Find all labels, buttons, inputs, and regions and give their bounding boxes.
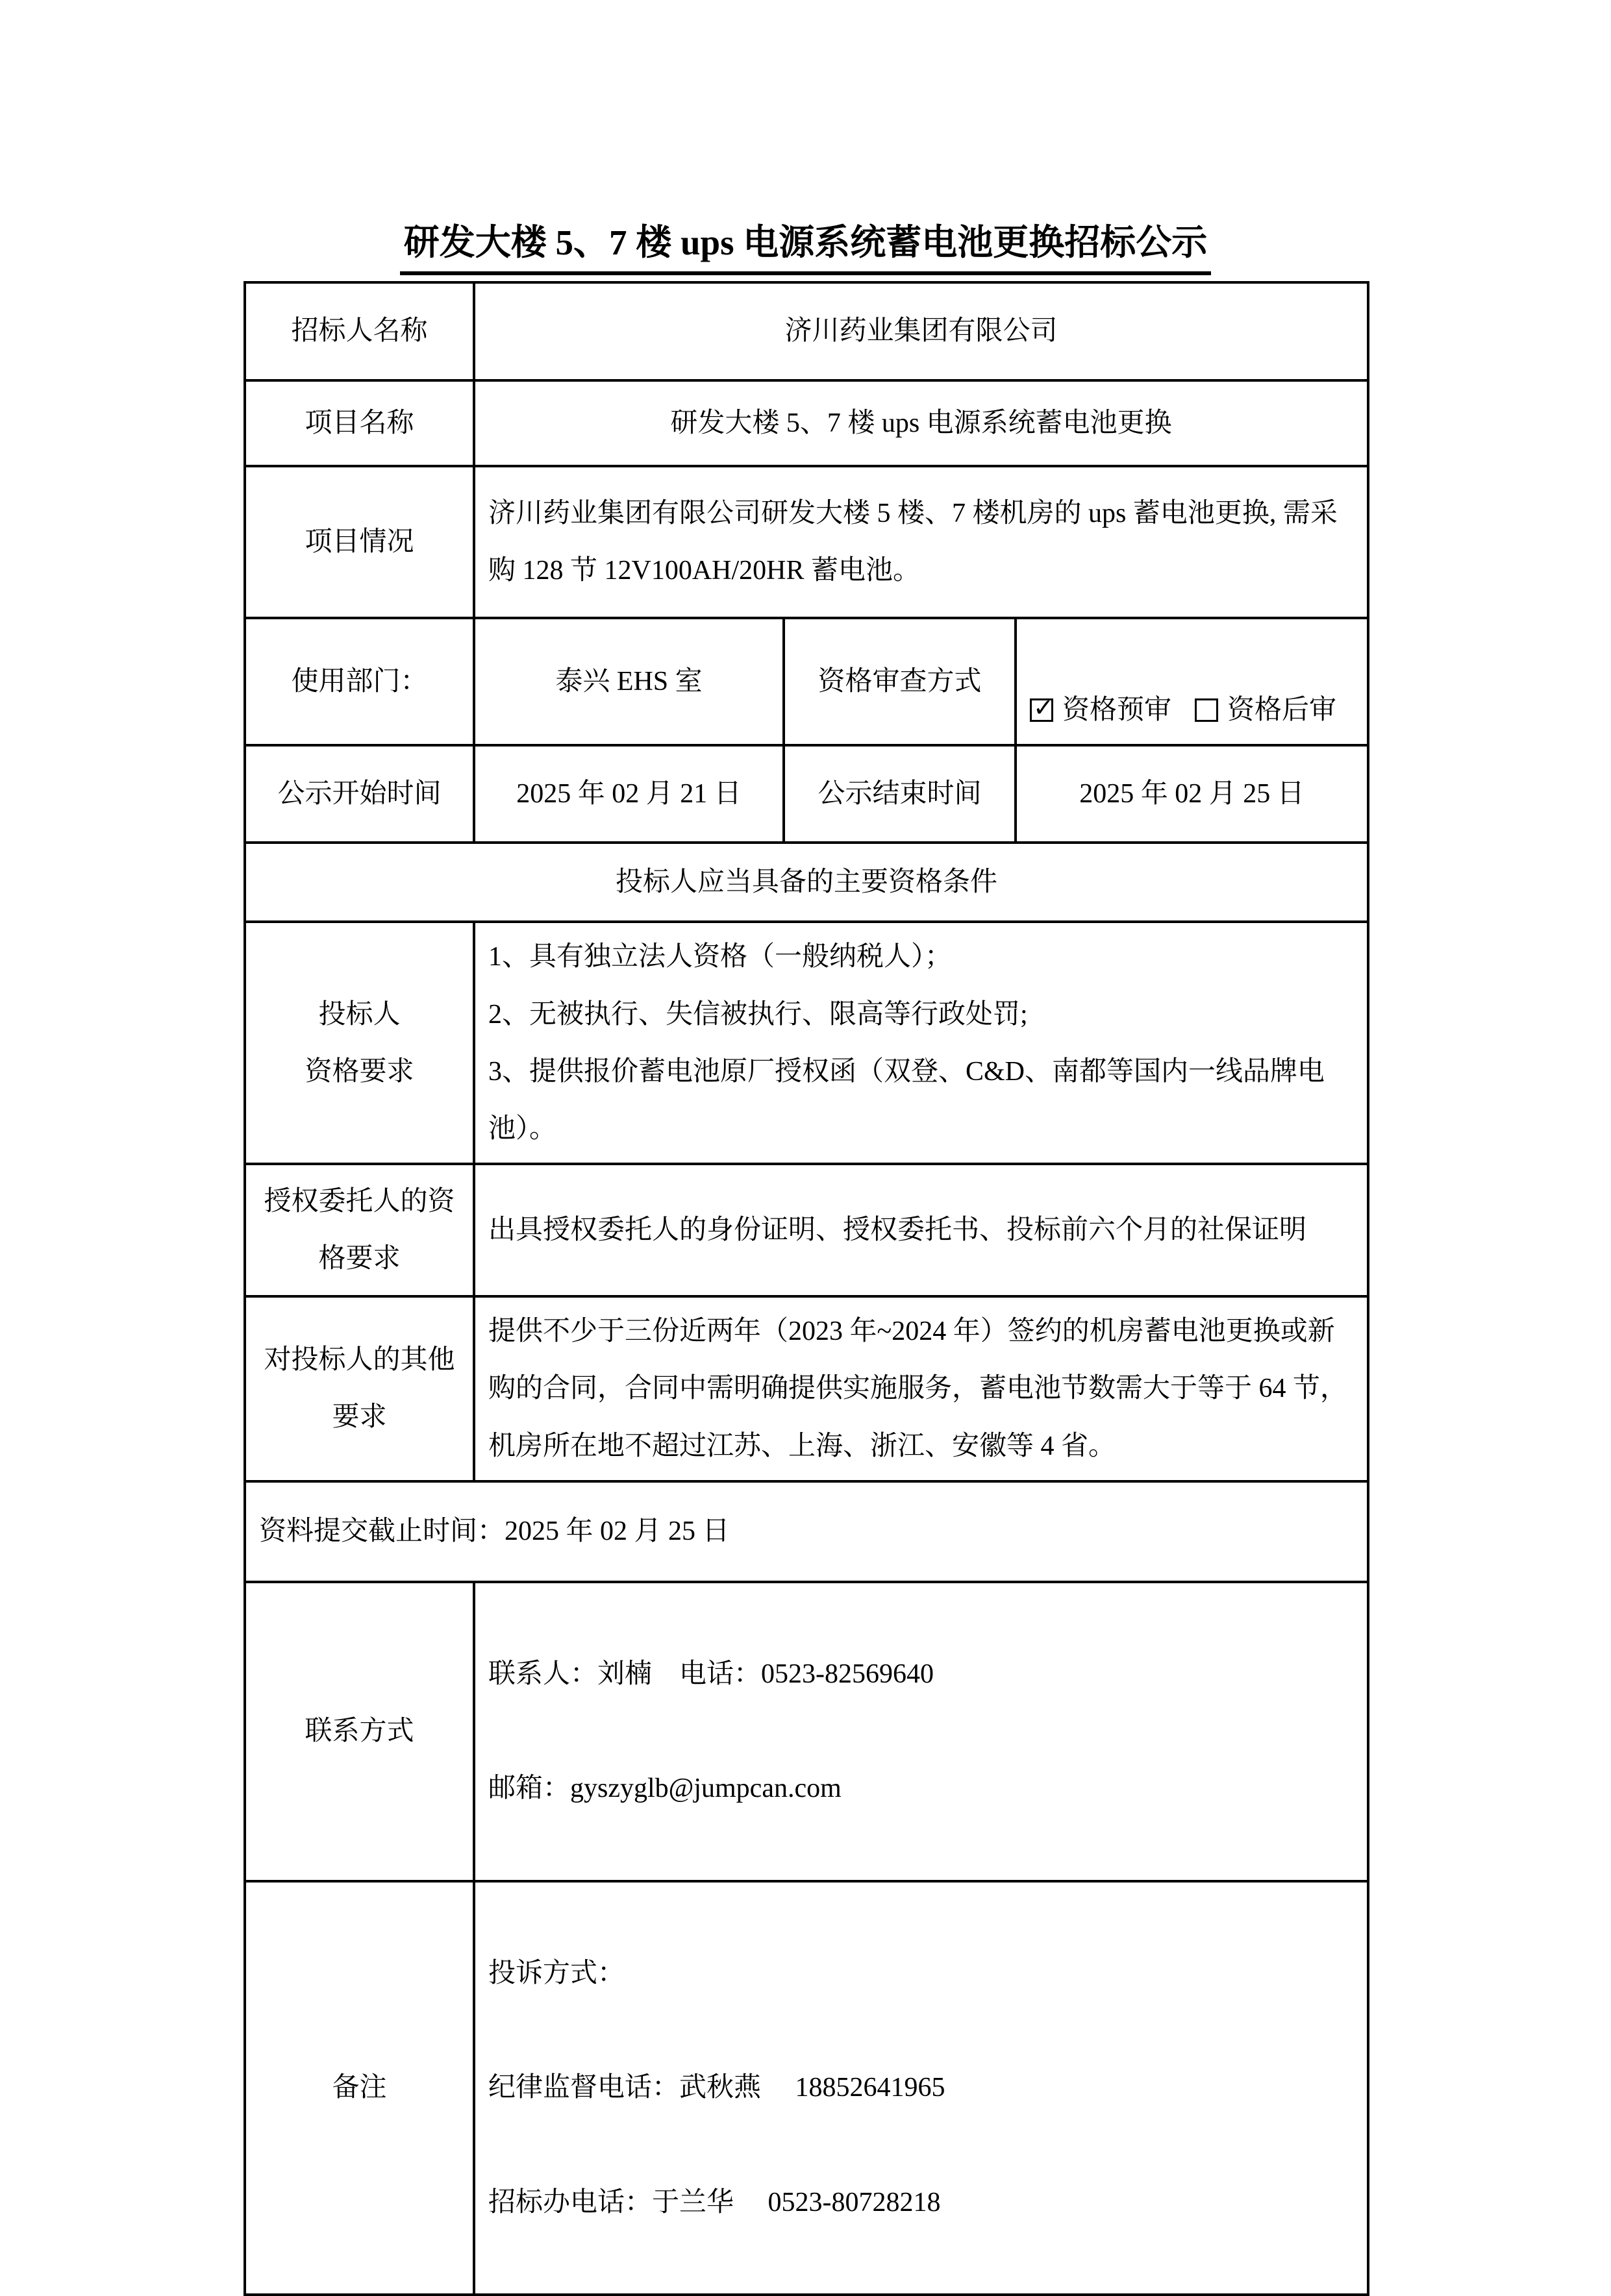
project-name-label: 项目名称 bbox=[245, 380, 474, 466]
agent-qualification-label: 授权委托人的资 格要求 bbox=[245, 1164, 474, 1296]
publicity-start-label: 公示开始时间 bbox=[245, 745, 474, 843]
page-title: 研发大楼 5、7 楼 ups 电源系统蓄电池更换招标公示 bbox=[0, 219, 1611, 275]
contact-label: 联系方式 bbox=[245, 1582, 474, 1881]
table-row-section-header: 投标人应当具备的主要资格条件 bbox=[245, 843, 1368, 922]
remarks-value: 投诉方式： 纪律监督电话：武秋燕 18852641965 招标办电话：于兰华 0… bbox=[474, 1881, 1368, 2295]
project-overview-label: 项目情况 bbox=[245, 466, 474, 618]
checkbox-unchecked-icon bbox=[1195, 698, 1218, 722]
page-title-text: 研发大楼 5、7 楼 ups 电源系统蓄电池更换招标公示 bbox=[400, 219, 1212, 275]
using-department-value: 泰兴 EHS 室 bbox=[474, 618, 784, 745]
contact-email: 邮箱：gyszyglb@jumpcan.com bbox=[488, 1760, 1354, 1817]
tenderer-value: 济川药业集团有限公司 bbox=[474, 282, 1368, 380]
remarks-complaint-title: 投诉方式： bbox=[488, 1945, 1354, 2002]
table-row-publicity-dates: 公示开始时间 2025 年 02 月 21 日 公示结束时间 2025 年 02… bbox=[245, 745, 1368, 843]
section-header: 投标人应当具备的主要资格条件 bbox=[245, 843, 1368, 922]
publicity-end-label: 公示结束时间 bbox=[784, 745, 1016, 843]
submission-deadline: 资料提交截止时间：2025 年 02 月 25 日 bbox=[245, 1481, 1368, 1582]
other-requirements-label: 对投标人的其他 要求 bbox=[245, 1296, 474, 1481]
tender-announcement-table: 招标人名称 济川药业集团有限公司 项目名称 研发大楼 5、7 楼 ups 电源系… bbox=[244, 281, 1369, 2296]
bidder-qualification-label: 投标人 资格要求 bbox=[245, 922, 474, 1164]
qualification-review-options: ✓资格预审资格后审 bbox=[1016, 618, 1368, 745]
qualification-review-label: 资格审查方式 bbox=[784, 618, 1016, 745]
table-row-other-requirements: 对投标人的其他 要求 提供不少于三份近两年（2023 年~2024 年）签约的机… bbox=[245, 1296, 1368, 1481]
table-row-tenderer: 招标人名称 济川药业集团有限公司 bbox=[245, 282, 1368, 380]
option-post-review-label: 资格后审 bbox=[1227, 695, 1336, 725]
table-row-project-overview: 项目情况 济川药业集团有限公司研发大楼 5 楼、7 楼机房的 ups 蓄电池更换… bbox=[245, 466, 1368, 618]
remarks-tender-office-phone: 招标办电话：于兰华 0523-80728218 bbox=[488, 2174, 1354, 2231]
bidder-qualification-value: 1、具有独立法人资格（一般纳税人）； 2、无被执行、失信被执行、限高等行政处罚;… bbox=[474, 922, 1368, 1164]
table-row-contact: 联系方式 联系人：刘楠 电话：0523-82569640 邮箱：gyszyglb… bbox=[245, 1582, 1368, 1881]
publicity-end-value: 2025 年 02 月 25 日 bbox=[1016, 745, 1368, 843]
agent-qualification-value: 出具授权委托人的身份证明、授权委托书、投标前六个月的社保证明 bbox=[474, 1164, 1368, 1296]
table-row-remarks: 备注 投诉方式： 纪律监督电话：武秋燕 18852641965 招标办电话：于兰… bbox=[245, 1881, 1368, 2295]
table-row-submission-deadline: 资料提交截止时间：2025 年 02 月 25 日 bbox=[245, 1481, 1368, 1582]
table-row-bidder-qualification: 投标人 资格要求 1、具有独立法人资格（一般纳税人）； 2、无被执行、失信被执行… bbox=[245, 922, 1368, 1164]
project-overview-value: 济川药业集团有限公司研发大楼 5 楼、7 楼机房的 ups 蓄电池更换, 需采购… bbox=[474, 466, 1368, 618]
document-page: 研发大楼 5、7 楼 ups 电源系统蓄电池更换招标公示 招标人名称 济川药业集… bbox=[0, 0, 1611, 2278]
table-row-project-name: 项目名称 研发大楼 5、7 楼 ups 电源系统蓄电池更换 bbox=[245, 380, 1368, 466]
publicity-start-value: 2025 年 02 月 21 日 bbox=[474, 745, 784, 843]
option-pre-review-label: 资格预审 bbox=[1062, 695, 1171, 725]
using-department-label: 使用部门： bbox=[245, 618, 474, 745]
tenderer-label: 招标人名称 bbox=[245, 282, 474, 380]
table-row-department-review: 使用部门： 泰兴 EHS 室 资格审查方式 ✓资格预审资格后审 bbox=[245, 618, 1368, 745]
option-post-review: 资格后审 bbox=[1195, 695, 1336, 725]
contact-person-phone: 联系人：刘楠 电话：0523-82569640 bbox=[488, 1646, 1354, 1703]
check-mark-icon: ✓ bbox=[1033, 695, 1054, 720]
option-pre-review: ✓资格预审 bbox=[1030, 695, 1171, 725]
table-row-agent-qualification: 授权委托人的资 格要求 出具授权委托人的身份证明、授权委托书、投标前六个月的社保… bbox=[245, 1164, 1368, 1296]
other-requirements-value: 提供不少于三份近两年（2023 年~2024 年）签约的机房蓄电池更换或新购的合… bbox=[474, 1296, 1368, 1481]
project-name-value: 研发大楼 5、7 楼 ups 电源系统蓄电池更换 bbox=[474, 380, 1368, 466]
checkbox-checked-icon: ✓ bbox=[1030, 698, 1053, 722]
remarks-label: 备注 bbox=[245, 1881, 474, 2295]
contact-value: 联系人：刘楠 电话：0523-82569640 邮箱：gyszyglb@jump… bbox=[474, 1582, 1368, 1881]
remarks-discipline-phone: 纪律监督电话：武秋燕 18852641965 bbox=[488, 2059, 1354, 2116]
